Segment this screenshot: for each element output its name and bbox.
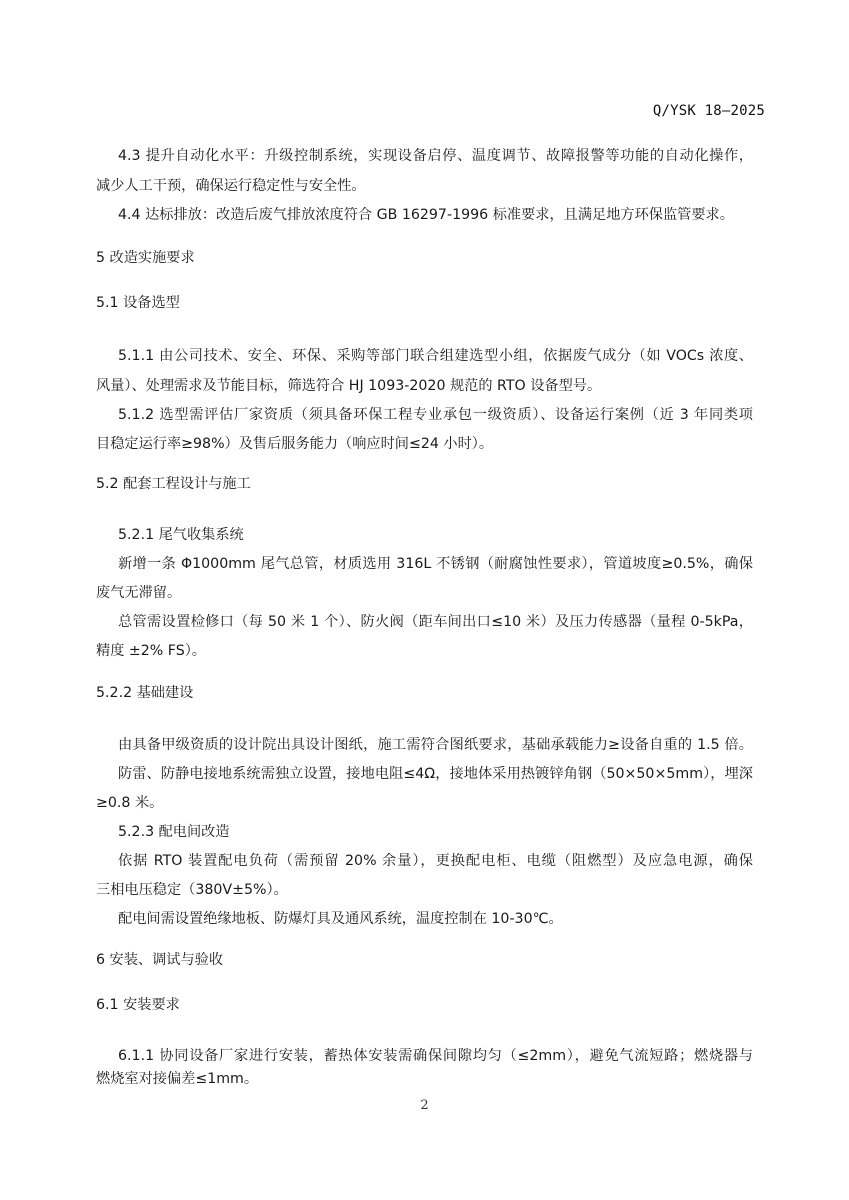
paragraph-4-3-line2: 减少人工干预，确保运行稳定性与安全性。 — [96, 176, 849, 196]
paragraph-5-2-3-a-line2: 三相电压稳定（380V±5%）。 — [96, 880, 849, 900]
paragraph-5-2-2-b-line2: ≥0.8 米。 — [96, 793, 849, 813]
paragraph-5-2-1-a-line2: 废气无滞留。 — [96, 583, 849, 603]
paragraph-5-1-1-line2: 风量）、处理需求及节能目标，筛选符合 HJ 1093-2020 规范的 RTO … — [96, 376, 849, 396]
standard-code-header: Q/YSK 18—2025 — [653, 103, 765, 119]
paragraph-6-1-1-line1: 6.1.1 协同设备厂家进行安装，蓄热体安装需确保间隙均匀（≤2mm），避免气流… — [118, 1046, 753, 1066]
heading-section-5-2: 5.2 配套工程设计与施工 — [96, 474, 849, 494]
paragraph-6-1-1-line2: 燃烧室对接偏差≤1mm。 — [96, 1069, 849, 1089]
paragraph-5-1-2-line2: 目稳定运行率≥98%）及售后服务能力（响应时间≤24 小时）。 — [96, 434, 849, 454]
paragraph-5-2-3-b: 配电间需设置绝缘地板、防爆灯具及通风系统，温度控制在 10-30℃。 — [118, 909, 849, 929]
heading-section-6-1: 6.1 安装要求 — [96, 995, 849, 1015]
heading-section-5: 5 改造实施要求 — [96, 248, 849, 268]
document-page: Q/YSK 18—2025 4.3 提升自动化水平：升级控制系统，实现设备启停、… — [0, 0, 849, 1200]
paragraph-5-2-1-b-line2: 精度 ±2% FS）。 — [96, 641, 849, 661]
paragraph-5-2-3-a-line1: 依据 RTO 装置配电负荷（需预留 20% 余量），更换配电柜、电缆（阻燃型）及… — [118, 851, 753, 871]
paragraph-5-2-2-a: 由具备甲级资质的设计院出具设计图纸，施工需符合图纸要求，基础承载能力≥设备自重的… — [118, 735, 753, 755]
heading-section-5-1: 5.1 设备选型 — [96, 293, 849, 313]
paragraph-5-1-1-line1: 5.1.1 由公司技术、安全、环保、采购等部门联合组建选型小组，依据废气成分（如… — [118, 346, 753, 366]
paragraph-4-4: 4.4 达标排放：改造后废气排放浓度符合 GB 16297-1996 标准要求，… — [118, 205, 849, 225]
paragraph-5-2-2-b-line1: 防雷、防静电接地系统需独立设置，接地电阻≤4Ω，接地体采用热镀锌角钢（50×50… — [118, 764, 753, 784]
heading-5-2-1: 5.2.1 尾气收集系统 — [118, 525, 849, 545]
heading-section-5-2-2: 5.2.2 基础建设 — [96, 683, 849, 703]
page-number: 2 — [0, 1098, 849, 1113]
paragraph-5-1-2-line1: 5.1.2 选型需评估厂家资质（须具备环保工程专业承包一级资质）、设备运行案例（… — [118, 405, 753, 425]
paragraph-5-2-1-a-line1: 新增一条 Φ1000mm 尾气总管，材质选用 316L 不锈钢（耐腐蚀性要求），… — [118, 554, 753, 574]
paragraph-4-3-line1: 4.3 提升自动化水平：升级控制系统，实现设备启停、温度调节、故障报警等功能的自… — [118, 146, 753, 166]
heading-section-6: 6 安装、调试与验收 — [96, 950, 849, 970]
heading-5-2-3: 5.2.3 配电间改造 — [118, 822, 849, 842]
paragraph-5-2-1-b-line1: 总管需设置检修口（每 50 米 1 个）、防火阀（距车间出口≤10 米）及压力传… — [118, 612, 753, 632]
